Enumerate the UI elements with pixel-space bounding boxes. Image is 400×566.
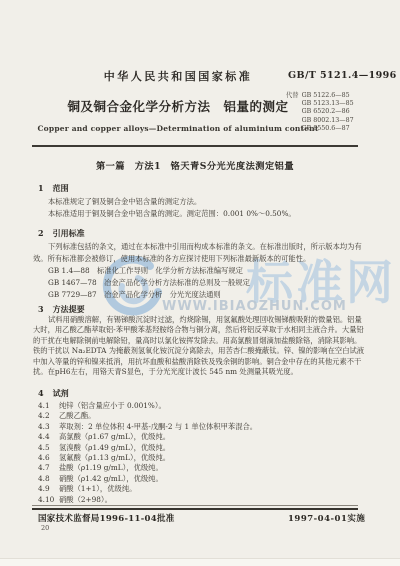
section-number: 2	[38, 228, 44, 238]
paragraph-line: 扰。在pH6左右，用铬天青S显色，于分光光度计波长 545 nm 处测量其吸光度…	[33, 367, 357, 377]
effective-date-text: 1997-04-01实施	[288, 512, 365, 524]
reagent-text: 硝酸（1+1），优级纯。	[59, 484, 136, 494]
reagent-number: 4.6	[38, 453, 59, 463]
header-rule	[32, 145, 358, 147]
reagent-text: 硝酸（ρ1.42 g/mL），优级纯。	[59, 474, 163, 484]
supersedes-item: GB 6520.2—86	[302, 108, 354, 116]
reagent-text: 萃取剂：2 单位体积 4-甲基-戊酮-2 与 1 单位体积甲苯混合。	[59, 422, 257, 432]
section-2-heading: 2引用标准	[38, 227, 85, 239]
reagent-number: 4.2	[38, 411, 59, 421]
paragraph-line: 的干扰在电解除铜前电解除铅，量高时以氯化铵挥发除去。用高氯酸冒烟滴加盐酸除铬，消…	[33, 336, 357, 346]
section-2-paragraph: 下列标准包括的条文，通过在本标准中引用而构成本标准的条文。在标准出版时，所示版本…	[33, 241, 357, 265]
section-title: 试剂	[53, 388, 69, 398]
reagent-number: 4.10	[38, 495, 59, 505]
reagent-number: 4.1	[38, 401, 59, 411]
doc-title-cn: 铜及铜合金化学分析方法 铝量的测定	[33, 97, 323, 115]
reagent-item: 4.6氢氟酸（ρ1.13 g/mL），优级纯。	[38, 453, 257, 463]
paragraph-line: 本标准规定了铜及铜合金中铝含量的测定方法。	[33, 196, 357, 208]
paragraph-line: 效。所有标准都会被修订，使用本标准的各方应探讨使用下列标准最新版本的可能性。	[33, 253, 357, 265]
reagent-text: 硝酸（2+98）。	[59, 495, 112, 505]
reagent-number: 4.3	[38, 422, 59, 432]
scanned-standard-page: 标准网 WWW.IBIAOZHUN.COM 中华人民共和国国家标准 铜及铜合金化…	[0, 0, 400, 566]
reagent-number: 4.4	[38, 432, 59, 442]
reagent-text: 纯锌（铝含量应小于 0.001%）。	[59, 401, 166, 411]
reagent-item: 4.10硝酸（2+98）。	[38, 495, 257, 505]
header-block: 中华人民共和国国家标准 铜及铜合金化学分析方法 铝量的测定 Copper and…	[33, 68, 323, 133]
supersedes-item: GB 8002.13—87	[302, 117, 354, 125]
reagent-number: 4.9	[38, 484, 59, 494]
paragraph-line: 中加入等量的锌和镍来抵消，用抗坏血酸和盐酸消除铁及残余铜的影响。铜合金中存在的其…	[33, 357, 357, 367]
paragraph-line: 本标准适用于铜及铜合金中铝含量的测定。测定范围：0.001 0%～0.50%。	[33, 208, 357, 220]
reagent-text: 氢氟酸（ρ1.13 g/mL），优级纯。	[59, 453, 170, 463]
supersedes-item: GB 5123.13—85	[302, 100, 354, 108]
section-title: 引用标准	[53, 228, 85, 238]
section-title: 方法提要	[53, 304, 85, 314]
section-number: 4	[38, 388, 44, 398]
supersedes-label: 代替	[286, 92, 299, 133]
page-number: 20	[41, 524, 49, 532]
reagent-text: 乙酸乙酯。	[59, 411, 95, 421]
reagent-number: 4.8	[38, 474, 59, 484]
reference-item: GB 1467—78 冶金产品化学分析方法标准的总则及一般规定	[33, 277, 357, 289]
reagent-item: 4.9硝酸（1+1），优级纯。	[38, 484, 257, 494]
reference-item: GB 1.4—88 标准化工作导则 化学分析方法标准编写规定	[33, 265, 357, 277]
supersedes-item: GB 5122.6—85	[302, 92, 354, 100]
standard-class-label: 中华人民共和国国家标准	[33, 68, 323, 84]
reagent-text: 高氯酸（ρ1.67 g/mL），优级纯。	[59, 432, 170, 442]
paragraph-line: 下列标准包括的条文，通过在本标准中引用而构成本标准的条文。在标准出版时，所示版本…	[33, 241, 357, 253]
reference-item: GB 7729—87 冶金产品化学分析 分光光度法通则	[33, 289, 357, 301]
section-title: 范围	[53, 183, 69, 193]
reagent-item: 4.2乙酸乙酯。	[38, 411, 257, 421]
reagent-text: 氢溴酸（ρ1.49 g/mL），优级纯。	[59, 443, 170, 453]
footer-rule-thin	[32, 505, 358, 506]
method-summary-paragraph: 试料用硝酸溶解，有锡锑酸沉淀时过滤，灼烧除锡，用氢氟酸处理回收锡锑酸吸附的微量铝…	[33, 315, 357, 377]
references-list: GB 1.4—88 标准化工作导则 化学分析方法标准编写规定 GB 1467—7…	[33, 265, 357, 301]
reagent-item: 4.5氢溴酸（ρ1.49 g/mL），优级纯。	[38, 443, 257, 453]
reagent-text: 盐酸（ρ1.19 g/mL），优级纯。	[59, 463, 163, 473]
reagent-item: 4.3萃取剂：2 单位体积 4-甲基-戊酮-2 与 1 单位体积甲苯混合。	[38, 422, 257, 432]
footer-rule-thick	[32, 508, 358, 510]
section-number: 3	[38, 304, 44, 314]
reagent-number: 4.5	[38, 443, 59, 453]
section-number: 1	[38, 183, 44, 193]
document-content: 中华人民共和国国家标准 铜及铜合金化学分析方法 铝量的测定 Copper and…	[0, 0, 400, 566]
reagent-item: 4.4高氯酸（ρ1.67 g/mL），优级纯。	[38, 432, 257, 442]
reagent-item: 4.8硝酸（ρ1.42 g/mL），优级纯。	[38, 474, 257, 484]
approval-text: 国家技术监督局1996-11-04批准	[38, 512, 175, 524]
paragraph-line: 试料用硝酸溶解，有锡锑酸沉淀时过滤，灼烧除锡，用氢氟酸处理回收锡锑酸吸附的微量铝…	[33, 315, 357, 325]
supersedes-list: GB 5122.6—85 GB 5123.13—85 GB 6520.2—86 …	[302, 92, 354, 133]
supersedes-item: GB 8550.6—87	[302, 125, 354, 133]
doc-title-en: Copper and copper alloys—Determination o…	[33, 124, 323, 133]
paragraph-line: 铁的干扰以 Na₂EDTA 为掩蔽剂氢氧化铵沉淀分离除去，用苦杏仁酸掩蔽钛。锌、…	[33, 346, 357, 356]
reagent-number: 4.7	[38, 463, 59, 473]
supersedes-block: 代替 GB 5122.6—85 GB 5123.13—85 GB 6520.2—…	[286, 92, 354, 133]
standard-number: GB/T 5121.4—1996	[288, 70, 397, 81]
reagent-item: 4.1纯锌（铝含量应小于 0.001%）。	[38, 401, 257, 411]
reagent-list: 4.1纯锌（铝含量应小于 0.001%）。 4.2乙酸乙酯。 4.3萃取剂：2 …	[38, 401, 257, 505]
reagent-item: 4.7盐酸（ρ1.19 g/mL），优级纯。	[38, 463, 257, 473]
section-3-heading: 3方法提要	[38, 303, 85, 315]
section-1-heading: 1范围	[38, 182, 69, 194]
part-heading: 第一篇 方法1 铬天青S分光光度法测定铝量	[33, 158, 357, 172]
paragraph-line: 大时，用乙酸乙酯萃取铝-苯甲酸苯基羟胺络合物与铜分离，然后将铝反萃取于水相同主液…	[33, 325, 357, 335]
section-1-paragraph: 本标准规定了铜及铜合金中铝含量的测定方法。 本标准适用于铜及铜合金中铝含量的测定…	[33, 196, 357, 220]
section-4-heading: 4试剂	[38, 387, 69, 399]
